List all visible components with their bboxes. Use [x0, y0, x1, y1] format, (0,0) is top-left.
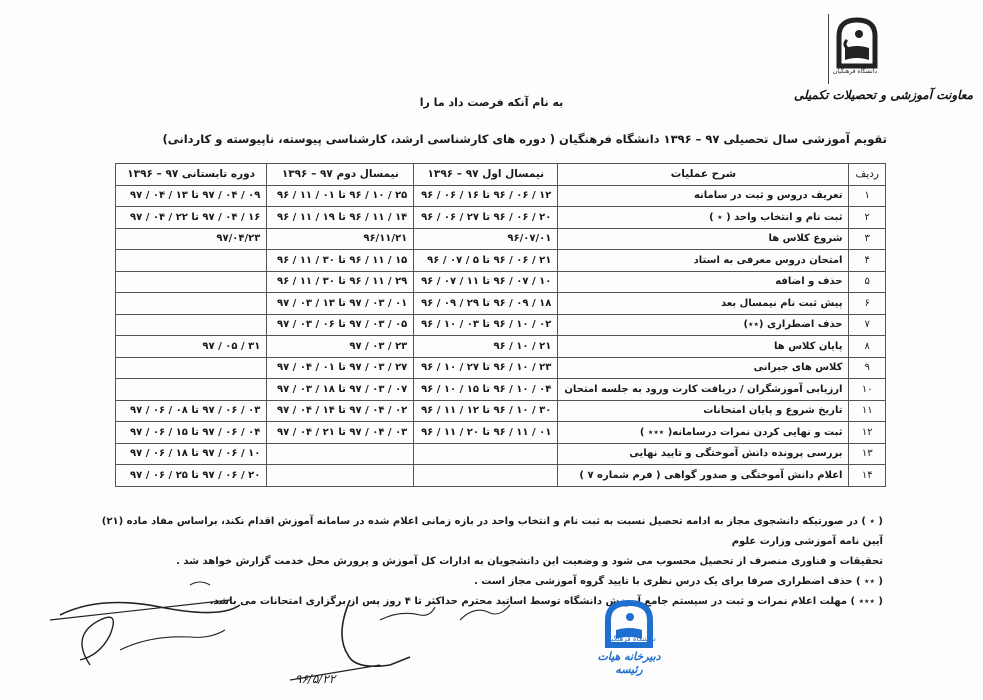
- first-semester-date: ۹۶/۰۷/۰۱: [414, 228, 558, 250]
- academic-calendar-table: ردیف شرح عملیات نیمسال اول ۹۷ – ۱۳۹۶ نیم…: [115, 163, 886, 487]
- row-number: ۲: [849, 207, 886, 229]
- row-number: ۱۴: [849, 465, 886, 487]
- table-row: ۷حذف اضطراری (٭٭)۰۲ / ۱۰ / ۹۶ تا ۰۳ / ۱۰…: [116, 314, 886, 336]
- table-row: ۹کلاس های جبرانی۲۳ / ۱۰ / ۹۶ تا ۲۷ / ۱۰ …: [116, 357, 886, 379]
- summer-term-date: ۰۹ / ۰۴ / ۹۷ تا ۱۳ / ۰۴ / ۹۷: [116, 185, 267, 207]
- official-stamp-icon: [588, 595, 670, 695]
- second-semester-date: ۰۳ / ۰۴ / ۹۷ تا ۲۱ / ۰۴ / ۹۷: [267, 422, 414, 444]
- second-semester-date: ۲۳ / ۰۳ / ۹۷: [267, 336, 414, 358]
- operation-description: حذف و اضافه: [558, 271, 849, 293]
- second-semester-date: ۹۶/۱۱/۲۱: [267, 228, 414, 250]
- stamp-office-name: دبیرخانه هیات رئیسه: [588, 650, 670, 676]
- column-header-summer-term: دوره تابستانی ۹۷ – ۱۳۹۶: [116, 164, 267, 186]
- summer-term-date: ۹۷/۰۴/۲۳: [116, 228, 267, 250]
- table-row: ۱تعریف دروس و ثبت در سامانه۱۲ / ۰۶ / ۹۶ …: [116, 185, 886, 207]
- second-semester-date: ۲۷ / ۰۳ / ۹۷ تا ۰۱ / ۰۴ / ۹۷: [267, 357, 414, 379]
- operation-description: پایان کلاس ها: [558, 336, 849, 358]
- second-semester-date: ۰۷ / ۰۳ / ۹۷ تا ۱۸ / ۰۳ / ۹۷: [267, 379, 414, 401]
- operation-description: اعلام دانش آموختگی و صدور گواهی ( فرم شم…: [558, 465, 849, 487]
- invocation-heading: به نام آنکه فرصت داد ما را: [0, 96, 983, 109]
- operation-description: حذف اضطراری (٭٭): [558, 314, 849, 336]
- footnote-registration: ( ٭ ) در صورتیکه دانشجوی مجاز به ادامه ت…: [83, 512, 883, 552]
- row-number: ۱۱: [849, 400, 886, 422]
- second-semester-date: ۱۴ / ۱۱ / ۹۶ تا ۱۹ / ۱۱ / ۹۶: [267, 207, 414, 229]
- stamp-university-name: دانشگاه فرهنگیان: [594, 635, 666, 643]
- second-semester-date: [267, 443, 414, 465]
- row-number: ۱۳: [849, 443, 886, 465]
- row-number: ۹: [849, 357, 886, 379]
- row-number: ۱۰: [849, 379, 886, 401]
- first-semester-date: ۲۱ / ۱۰ / ۹۶: [414, 336, 558, 358]
- column-header-first-semester: نیمسال اول ۹۷ – ۱۳۹۶: [414, 164, 558, 186]
- signature-date: ۹۶/۵/۲۲: [295, 672, 335, 686]
- operation-description: ثبت و نهایی کردن نمرات درسامانه( ٭٭٭ ): [558, 422, 849, 444]
- summer-term-date: [116, 314, 267, 336]
- summer-term-date: [116, 250, 267, 272]
- table-row: ۱۰ارزیابی آموزشگران / دریافت کارت ورود ب…: [116, 379, 886, 401]
- logo-caption: دانشگاه فرهنگیان: [820, 68, 890, 75]
- operation-description: ارزیابی آموزشگران / دریافت کارت ورود به …: [558, 379, 849, 401]
- table-row: ۱۳بررسی پرونده دانش آموختگی و تایید نهای…: [116, 443, 886, 465]
- table-row: ۸پایان کلاس ها۲۱ / ۱۰ / ۹۶۲۳ / ۰۳ / ۹۷۳۱…: [116, 336, 886, 358]
- table-row: ۳شروع کلاس ها۹۶/۰۷/۰۱۹۶/۱۱/۲۱۹۷/۰۴/۲۳: [116, 228, 886, 250]
- first-semester-date: ۲۰ / ۰۶ / ۹۶ تا ۲۷ / ۰۶ / ۹۶: [414, 207, 558, 229]
- first-semester-date: ۱۰ / ۰۷ / ۹۶ تا ۱۱ / ۰۷ / ۹۶: [414, 271, 558, 293]
- summer-term-date: [116, 379, 267, 401]
- row-number: ۵: [849, 271, 886, 293]
- table-row: ۲ثبت نام و انتخاب واحد ( ٭ )۲۰ / ۰۶ / ۹۶…: [116, 207, 886, 229]
- operation-description: ثبت نام و انتخاب واحد ( ٭ ): [558, 207, 849, 229]
- first-semester-date: [414, 465, 558, 487]
- row-number: ۶: [849, 293, 886, 315]
- operation-description: شروع کلاس ها: [558, 228, 849, 250]
- second-semester-date: ۲۹ / ۱۱ / ۹۶ تا ۳۰ / ۱۱ / ۹۶: [267, 271, 414, 293]
- first-semester-date: ۲۳ / ۱۰ / ۹۶ تا ۲۷ / ۱۰ / ۹۶: [414, 357, 558, 379]
- second-semester-date: [267, 465, 414, 487]
- operation-description: پیش ثبت نام نیمسال بعد: [558, 293, 849, 315]
- second-semester-date: ۰۱ / ۰۳ / ۹۷ تا ۱۳ / ۰۳ / ۹۷: [267, 293, 414, 315]
- summer-term-date: [116, 293, 267, 315]
- second-semester-date: ۱۵ / ۱۱ / ۹۶ تا ۳۰ / ۱۱ / ۹۶: [267, 250, 414, 272]
- table-row: ۴امتحان دروس معرفی به استاد۲۱ / ۰۶ / ۹۶ …: [116, 250, 886, 272]
- table-row: ۱۲ثبت و نهایی کردن نمرات درسامانه( ٭٭٭ )…: [116, 422, 886, 444]
- operation-description: تعریف دروس و ثبت در سامانه: [558, 185, 849, 207]
- university-emblem-icon: [829, 14, 885, 74]
- table-header-row: ردیف شرح عملیات نیمسال اول ۹۷ – ۱۳۹۶ نیم…: [116, 164, 886, 186]
- row-number: ۷: [849, 314, 886, 336]
- summer-term-date: ۰۴ / ۰۶ / ۹۷ تا ۱۵ / ۰۶ / ۹۷: [116, 422, 267, 444]
- summer-term-date: ۳۱ / ۰۵ / ۹۷: [116, 336, 267, 358]
- operation-description: امتحان دروس معرفی به استاد: [558, 250, 849, 272]
- row-number: ۱۲: [849, 422, 886, 444]
- summer-term-date: [116, 271, 267, 293]
- operation-description: تاریخ شروع و پایان امتحانات: [558, 400, 849, 422]
- first-semester-date: ۲۱ / ۰۶ / ۹۶ تا ۵ / ۰۷ / ۹۶: [414, 250, 558, 272]
- table-row: ۱۱تاریخ شروع و پایان امتحانات۳۰ / ۱۰ / ۹…: [116, 400, 886, 422]
- second-semester-date: ۲۵ / ۱۰ / ۹۶ تا ۰۱ / ۱۱ / ۹۶: [267, 185, 414, 207]
- row-number: ۴: [849, 250, 886, 272]
- second-semester-date: ۰۵ / ۰۳ / ۹۷ تا ۰۶ / ۰۳ / ۹۷: [267, 314, 414, 336]
- first-semester-date: ۳۰ / ۱۰ / ۹۶ تا ۱۲ / ۱۱ / ۹۶: [414, 400, 558, 422]
- signature-left-icon: [40, 575, 250, 675]
- table-row: ۵حذف و اضافه۱۰ / ۰۷ / ۹۶ تا ۱۱ / ۰۷ / ۹۶…: [116, 271, 886, 293]
- row-number: ۸: [849, 336, 886, 358]
- row-number: ۳: [849, 228, 886, 250]
- first-semester-date: ۱۲ / ۰۶ / ۹۶ تا ۱۶ / ۰۶ / ۹۶: [414, 185, 558, 207]
- first-semester-date: [414, 443, 558, 465]
- first-semester-date: ۱۸ / ۰۹ / ۹۶ تا ۲۹ / ۰۹ / ۹۶: [414, 293, 558, 315]
- table-row: ۶پیش ثبت نام نیمسال بعد۱۸ / ۰۹ / ۹۶ تا ۲…: [116, 293, 886, 315]
- row-number: ۱: [849, 185, 886, 207]
- summer-term-date: ۲۰ / ۰۶ / ۹۷ تا ۲۵ / ۰۶ / ۹۷: [116, 465, 267, 487]
- second-semester-date: ۰۲ / ۰۴ / ۹۷ تا ۱۴ / ۰۴ / ۹۷: [267, 400, 414, 422]
- summer-term-date: ۱۰ / ۰۶ / ۹۷ تا ۱۸ / ۰۶ / ۹۷: [116, 443, 267, 465]
- summer-term-date: ۱۶ / ۰۴ / ۹۷ تا ۲۲ / ۰۴ / ۹۷: [116, 207, 267, 229]
- operation-description: بررسی پرونده دانش آموختگی و تایید نهایی: [558, 443, 849, 465]
- column-header-row-number: ردیف: [849, 164, 886, 186]
- page-title: تقویم آموزشی سال تحصیلی ۹۷ – ۱۳۹۶ دانشگا…: [163, 132, 887, 146]
- table-row: ۱۴اعلام دانش آموختگی و صدور گواهی ( فرم …: [116, 465, 886, 487]
- summer-term-date: ۰۳ / ۰۶ / ۹۷ تا ۰۸ / ۰۶ / ۹۷: [116, 400, 267, 422]
- footnote-registration-cont: تحقیقات و فناوری منصرف از تحصیل محسوب می…: [83, 552, 883, 572]
- summer-term-date: [116, 357, 267, 379]
- operation-description: کلاس های جبرانی: [558, 357, 849, 379]
- column-header-description: شرح عملیات: [558, 164, 849, 186]
- first-semester-date: ۰۱ / ۱۱ / ۹۶ تا ۲۰ / ۱۱ / ۹۶: [414, 422, 558, 444]
- first-semester-date: ۰۴ / ۱۰ / ۹۶ تا ۱۵ / ۱۰ / ۹۶: [414, 379, 558, 401]
- first-semester-date: ۰۲ / ۱۰ / ۹۶ تا ۰۳ / ۱۰ / ۹۶: [414, 314, 558, 336]
- column-header-second-semester: نیمسال دوم ۹۷ – ۱۳۹۶: [267, 164, 414, 186]
